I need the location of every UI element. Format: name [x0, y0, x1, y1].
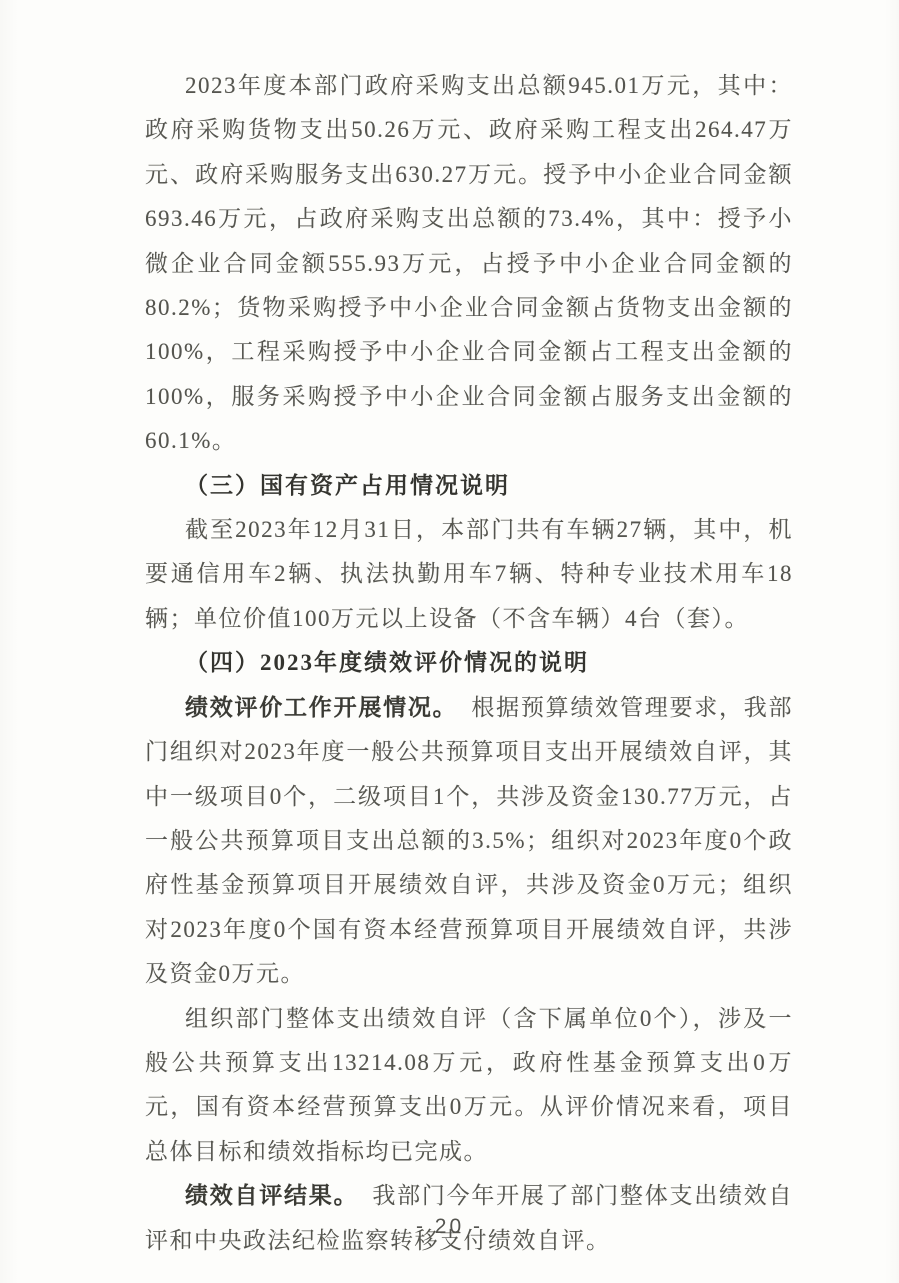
document-body: 2023年度本部门政府采购支出总额945.01万元，其中：政府采购货物支出50.… — [145, 64, 793, 1263]
section-heading-performance-evaluation: （四）2023年度绩效评价情况的说明 — [145, 641, 793, 685]
page-footer: - 20 - — [0, 1205, 899, 1249]
document-page: 2023年度本部门政府采购支出总额945.01万元，其中：政府采购货物支出50.… — [0, 0, 899, 1283]
page-number: - 20 - — [416, 1215, 483, 1238]
performance-work-paragraph: 绩效评价工作开展情况。根据预算绩效管理要求，我部门组织对2023年度一般公共预算… — [145, 686, 793, 997]
overall-self-eval-paragraph: 组织部门整体支出绩效自评（含下属单位0个），涉及一般公共预算支出13214.08… — [145, 997, 793, 1175]
performance-work-text: 根据预算绩效管理要求，我部门组织对2023年度一般公共预算项目支出开展绩效自评，… — [145, 695, 793, 986]
procurement-paragraph: 2023年度本部门政府采购支出总额945.01万元，其中：政府采购货物支出50.… — [145, 64, 793, 464]
section-heading-state-assets: （三）国有资产占用情况说明 — [145, 464, 793, 508]
performance-work-lead: 绩效评价工作开展情况。 — [185, 695, 457, 720]
state-assets-paragraph: 截至2023年12月31日，本部门共有车辆27辆，其中，机要通信用车2辆、执法执… — [145, 508, 793, 641]
